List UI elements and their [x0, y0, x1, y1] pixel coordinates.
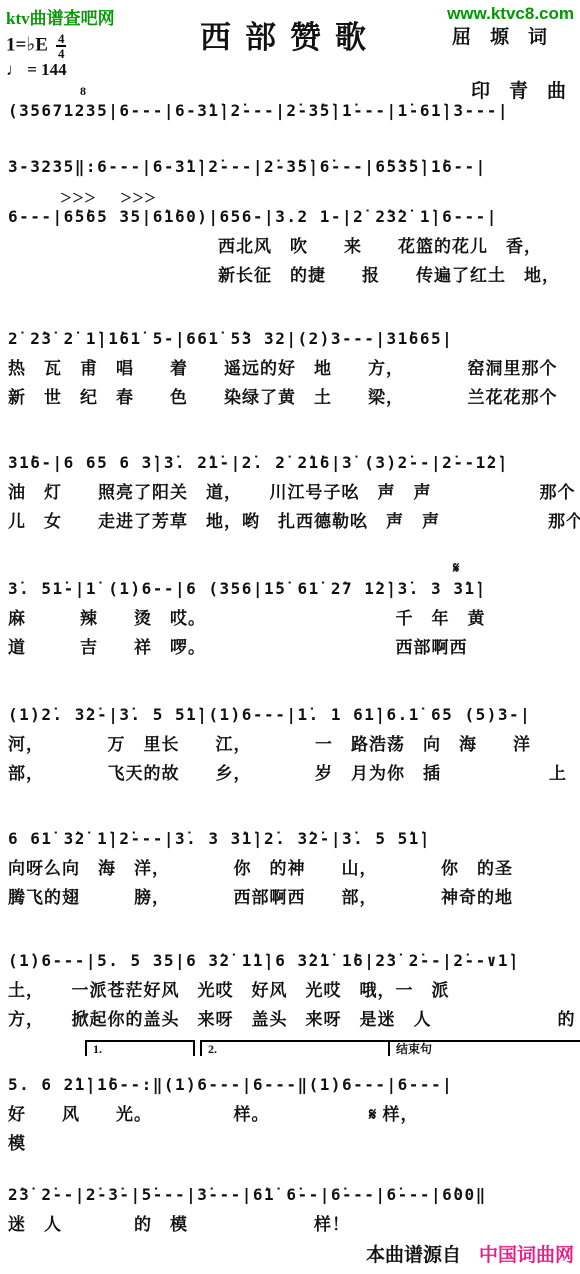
- volta-2-bracket: 2.: [200, 1040, 388, 1056]
- site-url: www.ktvc8.com: [447, 4, 574, 24]
- site-name: ktv曲谱查吧网: [6, 4, 115, 29]
- lyric-line: 模: [8, 1129, 576, 1158]
- notation-line: 5. 6 2̇1̇|1̇6--:‖(1̇)6---|6---‖(1̇)6---|…: [8, 1070, 576, 1100]
- lyric-line: 麻 辣 烫 哎。 千 年 黄: [8, 604, 576, 633]
- time-signature: 44: [56, 32, 67, 60]
- lyric-line: 西北风 吹 来 花篮的花儿 香，: [218, 232, 576, 261]
- lyric-line: 向呀么向 海 洋， 你 的神 山， 你 的圣: [8, 854, 576, 883]
- score-system: (1̇)2̇. 3̇2̇-|3̇. 5 5̇1̇|(1̇)6---|1̇. 1 …: [8, 700, 576, 788]
- score-system: 5. 6 2̇1̇|1̇6--:‖(1̇)6---|6---‖(1̇)6---|…: [8, 1070, 576, 1158]
- score-system: 2̇ 2̇3̇ 2̇ 1̇|1̇61̇ 5-|661̇ 5̇3 32|(2̇)3…: [8, 324, 576, 412]
- notation-line: 3-3235‖:6---|6-3̇1̇|2̇---|2̇-3̇5̇|6̇---|…: [8, 152, 576, 182]
- lyric-line: 土， 一派苍茫好风 光哎 好风 光哎 哦，一 派: [8, 976, 576, 1005]
- score-system: 3-3235‖:6---|6-3̇1̇|2̇---|2̇-3̇5̇|6̇---|…: [8, 152, 576, 182]
- lyric-line: 道 吉 祥 啰。 西部啊西: [8, 633, 576, 662]
- sheet-music-page: ktv曲谱查吧网 www.ktvc8.com 西部赞歌 屈 塬 词 印 青 曲 …: [0, 0, 580, 1274]
- source-credit: 本曲谱源自中国词曲网: [366, 1240, 574, 1267]
- score-system: 2̇3̇ 2̇--|2̇-3̇-|5̇---|3̇---|6̇1̇ 6̇--|6…: [8, 1180, 576, 1239]
- notation-line: (35671235|6---|6-3̇1̇|2̇---|2̇-3̇5̇|1̇--…: [8, 96, 576, 126]
- accent-marks: ＞＞＞ ＞＞＞: [60, 189, 156, 206]
- lyricist-credit: 屈 塬 词: [452, 27, 547, 48]
- notation-line: 3̇. 51̇-|1̇ (1̇)6--|6 (356|1̇5̇ 61̇ 2̇7 …: [8, 574, 576, 604]
- lyric-line: 好 风 光。 样。 𝄋 样，: [8, 1100, 576, 1129]
- source-prefix: 本曲谱源自: [366, 1245, 461, 1266]
- key-signature: 1=♭E44: [6, 32, 66, 60]
- score-system: ＞＞＞ ＞＞＞ 6---|6̇5̇65 35|6̇1̇60)|656-|3.2 …: [8, 202, 576, 290]
- lyric-line: 新长征 的捷 报 传遍了红土 地，: [218, 261, 576, 290]
- score-system: 𝄋 3̇. 51̇-|1̇ (1̇)6--|6 (356|1̇5̇ 61̇ 2̇…: [8, 574, 576, 662]
- lyric-line: 油 灯 照亮了阳关 道， 川江号子吆 声 声 那个: [8, 478, 576, 507]
- volta-brackets: 1. 2. 结束句: [0, 1040, 580, 1056]
- lyric-line: 方， 掀起你的盖头 来呀 盖头 来呀 是迷 人 的: [8, 1005, 576, 1034]
- notation-line: 6---|6̇5̇65 35|6̇1̇60)|656-|3.2 1-|2̇ 2̇…: [8, 202, 576, 232]
- notation-line: 2̇ 2̇3̇ 2̇ 1̇|1̇61̇ 5-|661̇ 5̇3 32|(2̇)3…: [8, 324, 576, 354]
- lyric-line: 迷 人 的 模 样！: [8, 1210, 576, 1239]
- lyric-line: 热 瓦 甫 唱 着 遥远的好 地 方， 窑洞里那个: [8, 354, 576, 383]
- tempo-marking: ♩ = 144: [6, 60, 67, 80]
- score-system: (1̇)6---|5. 5 35|6 3̇2̇ 1̇1̇|6 3̇2̇1̇ 1̇…: [8, 946, 576, 1034]
- segno-icon: 𝄋: [453, 560, 459, 578]
- lyric-line: 新 世 纪 春 色 染绿了黄 土 梁， 兰花花那个: [8, 383, 576, 412]
- song-title: 西部赞歌: [200, 12, 380, 57]
- score-system: 6 61̇ 3̇2̇ 1̇|2̇---|3̇. 3 3̇1̇|2̇. 3̇2̇-…: [8, 824, 576, 912]
- lyric-line: 腾飞的翅 膀， 西部啊西 部， 神奇的地: [8, 883, 576, 912]
- octave-mark: 8: [80, 84, 86, 99]
- lyric-line: 儿 女 走进了芳草 地，哟 扎西德勒吆 声 声 那个: [8, 507, 576, 536]
- score-system: 31̇6-|6 65 6 3̇|3̇. 2̇1̇-|2̇. 2̇ 2̇1̇6|3…: [8, 448, 576, 536]
- notation-line: 2̇3̇ 2̇--|2̇-3̇-|5̇---|3̇---|6̇1̇ 6̇--|6…: [8, 1180, 576, 1210]
- notation-line: 6 61̇ 3̇2̇ 1̇|2̇---|3̇. 3 3̇1̇|2̇. 3̇2̇-…: [8, 824, 576, 854]
- volta-ending-bracket: 结束句: [388, 1040, 580, 1056]
- lyric-line: 部， 飞天的故 乡， 岁 月为你 插 上: [8, 759, 576, 788]
- credits: 屈 塬 词 印 青 曲: [452, 24, 566, 105]
- lyric-line: 河， 万 里长 江， 一 路浩荡 向 海 洋: [8, 730, 576, 759]
- notation-line: 31̇6-|6 65 6 3̇|3̇. 2̇1̇-|2̇. 2̇ 2̇1̇6|3…: [8, 448, 576, 478]
- source-site-name: 中国词曲网: [479, 1245, 574, 1266]
- score-system: 8 (35671235|6---|6-3̇1̇|2̇---|2̇-3̇5̇|1̇…: [8, 96, 576, 126]
- notation-line: (1̇)2̇. 3̇2̇-|3̇. 5 5̇1̇|(1̇)6---|1̇. 1 …: [8, 700, 576, 730]
- notation-line: (1̇)6---|5. 5 35|6 3̇2̇ 1̇1̇|6 3̇2̇1̇ 1̇…: [8, 946, 576, 976]
- volta-1-bracket: 1.: [85, 1040, 195, 1056]
